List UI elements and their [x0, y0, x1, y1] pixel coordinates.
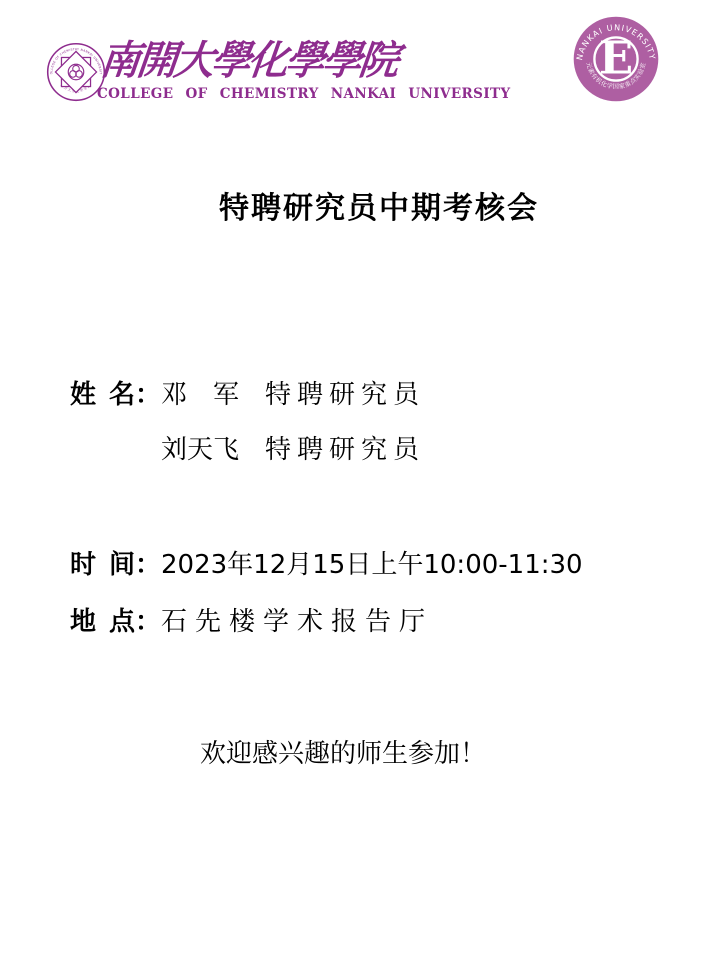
person-name-2: 刘天飞 — [161, 436, 265, 465]
state-key-lab-seal-icon: · NANKAI UNIVERSITY · 元素有机化学国家重点实验室 E — [571, 14, 661, 104]
page-title: 特聘研究员中期考核会 — [0, 192, 720, 225]
name-label: 姓 名： — [70, 380, 161, 410]
person-title-2: 特聘研究员 — [265, 435, 425, 465]
announcement-page: COLLEGE OF CHEMISTRY NANKAI UNIVERSITY 南… — [0, 0, 720, 960]
time-label: 时 间： — [70, 550, 161, 580]
time-value: 2023年12月15日上午10:00-11:30 — [161, 550, 583, 580]
college-name-english: COLLEGE OF CHEMISTRY NANKAI UNIVERSITY — [97, 86, 511, 102]
header: COLLEGE OF CHEMISTRY NANKAI UNIVERSITY 南… — [0, 0, 720, 140]
name-field-row-2: 刘天飞特聘研究员 — [161, 436, 425, 465]
seal-letter-e: E — [599, 31, 633, 84]
name-field-row-1: 姓 名：邓 军特聘研究员 — [70, 381, 425, 410]
place-label: 地 点： — [70, 607, 161, 637]
place-value: 石先楼学术报告厅 — [161, 607, 433, 637]
person-name-1: 邓 军 — [161, 381, 265, 410]
welcome-line: 欢迎感兴趣的师生参加！ — [0, 740, 720, 770]
place-field-row: 地 点：石先楼学术报告厅 — [70, 608, 433, 637]
person-title-1: 特聘研究员 — [265, 380, 425, 410]
college-name-calligraphy: 南開大學化學學院 — [98, 38, 399, 84]
time-field-row: 时 间：2023年12月15日上午10:00-11:30 — [70, 551, 583, 580]
